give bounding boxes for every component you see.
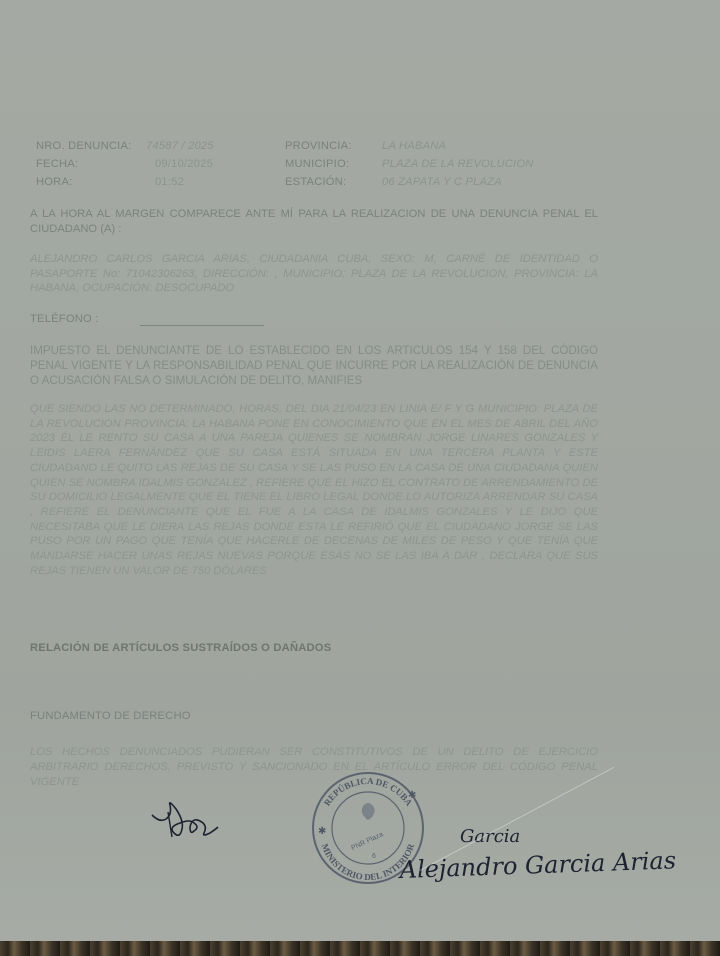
municipio-value: PLAZA DE LA REVOLUCION (382, 158, 534, 170)
intro-text: A LA HORA AL MARGEN COMPARECE ANTE MÍ PA… (30, 207, 598, 236)
hora-value: 01:52 (155, 176, 184, 188)
fecha-label: FECHA: (36, 158, 78, 170)
svg-text:PNR Plaza: PNR Plaza (350, 831, 384, 852)
provincia-label: PROVINCIA: (285, 140, 352, 152)
svg-text:6: 6 (372, 853, 376, 860)
statement-text: QUE SIENDO LAS NO DETERMINADO, HORAS, DE… (30, 402, 598, 578)
signature-officer (150, 800, 220, 850)
provincia-value: LA HABANA (382, 140, 446, 152)
document-page: NRO. DENUNCIA: 74587 / 2025 FECHA: 09/10… (0, 0, 720, 941)
svg-text:Alejandro Garcia Arias: Alejandro Garcia Arias (397, 846, 676, 884)
estacion-value: 06 ZAPATA Y C PLAZA (382, 176, 502, 188)
nro-denuncia-label: NRO. DENUNCIA: (36, 140, 131, 152)
svg-text:✱: ✱ (318, 826, 326, 837)
telefono-underline (140, 325, 264, 326)
floor-background (0, 941, 720, 956)
fundamento-heading: FUNDAMENTO DE DERECHO (30, 710, 191, 722)
municipio-label: MUNICIPIO: (285, 158, 349, 170)
telefono-label: TELÉFONO : (30, 313, 99, 325)
fecha-value: 09/10/2025 (155, 158, 213, 170)
articles-heading: RELACIÓN DE ARTÍCULOS SUSTRAÍDOS O DAÑAD… (30, 642, 331, 654)
nro-denuncia-value: 74587 / 2025 (146, 140, 214, 152)
legal-warning: IMPUESTO EL DENUNCIANTE DE LO ESTABLECID… (30, 343, 598, 388)
citizen-details: ALEJANDRO CARLOS GARCIA ARIAS, CIUDADANI… (30, 252, 598, 296)
estacion-label: ESTACIÓN: (285, 176, 346, 188)
hora-label: HORA: (36, 176, 72, 188)
svg-text:✱: ✱ (408, 790, 416, 801)
